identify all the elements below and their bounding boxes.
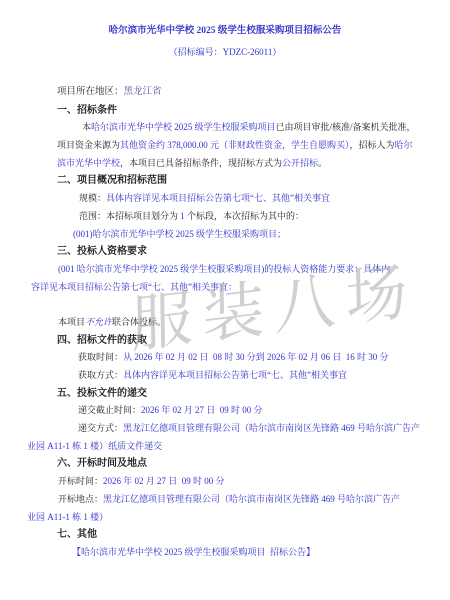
- section-heading: 二、项目概况和招标范围: [0, 172, 450, 190]
- text-segment: 个标段，本次招标为其中的：: [185, 211, 304, 221]
- text-segment: 黑龙江省: [124, 87, 162, 97]
- text-segment: 业园 A11-1 栋 1 楼）纸质文件递交: [27, 441, 162, 451]
- text-segment: 规模：: [79, 193, 106, 203]
- doc-line: 容详见本项目招标公告第七项“七、其他”相关事宜：: [0, 279, 450, 297]
- text-segment: 2026 年 02 月 27 日 09 时 00 分: [103, 476, 225, 486]
- text-segment: 联合体投标。: [112, 317, 166, 327]
- text-segment: 六、开标时间及地点: [57, 458, 147, 469]
- doc-line: 范围：本招标项目划分为 1 个标段，本次招标为其中的：: [0, 208, 450, 226]
- text-segment: (001 哈尔滨市光华中学校 2025 级学生校服采购项目)的投标人资格能力要求…: [58, 264, 390, 274]
- text-segment: 黑龙江亿德项目管理有限公司（哈尔滨市南岗区先锋路 469 号哈尔滨广告产: [103, 494, 400, 504]
- text-segment: ，本项目已具备招标条件，现招标方式为: [120, 158, 282, 168]
- text-segment: 二、项目概况和招标范围: [57, 175, 167, 186]
- text-segment: 递交截止时间：: [78, 405, 141, 415]
- document-page: 哈尔滨市光华中学校 2025 级学生校服采购项目招标公告 （招标编号：YDZC-…: [0, 0, 450, 600]
- text-segment: 项目所在地区：: [57, 87, 124, 97]
- doc-line: 【哈尔滨市光华中学校 2025 级学生校服采购项目 招标公告】: [0, 544, 450, 562]
- text-segment: 其他资金约 378,000.00 元（非财政性资金，学生自愿购买）: [120, 140, 350, 150]
- doc-line: 本哈尔滨市光华中学校 2025 级学生校服采购项目已由项目审批/核准/备案机关批…: [0, 119, 450, 137]
- doc-line: 获取时间：从 2026 年 02 月 02 日 08 时 30 分到 2026 …: [0, 349, 450, 367]
- text-segment: 容详见本项目招标公告第七项“七、其他”相关事宜：: [31, 282, 237, 292]
- document-body: 项目所在地区：黑龙江省一、招标条件本哈尔滨市光华中学校 2025 级学生校服采购…: [0, 84, 450, 562]
- text-segment: 获取方式：: [78, 370, 123, 380]
- text-segment: 开标地点：: [58, 494, 103, 504]
- text-segment: 开标时间：: [58, 476, 103, 486]
- text-segment: 【哈尔滨市光华中学校 2025 级学生校服采购项目 招标公告】: [72, 547, 315, 557]
- doc-line: (001 哈尔滨市光华中学校 2025 级学生校服采购项目)的投标人资格能力要求…: [0, 261, 450, 279]
- text-segment: 不允许: [85, 317, 112, 327]
- doc-line: (001)哈尔滨市光华中学校 2025 级学生校服采购项目；: [0, 226, 450, 244]
- text-segment: 黑龙江亿德项目管理有限公司（哈尔滨市南岗区先锋路 469 号哈尔滨广告产: [123, 423, 420, 433]
- text-segment: 哈尔滨市光华中学校 2025 级学生校服采购项目: [91, 122, 276, 132]
- text-segment: 具体内容详见本项目招标公告第七项“七、其他”相关事宜: [106, 193, 330, 203]
- text-segment: 具体内容详见本项目招标公告第七项“七、其他”相关事宜: [123, 370, 347, 380]
- doc-line: 获取方式：具体内容详见本项目招标公告第七项“七、其他”相关事宜: [0, 367, 450, 385]
- text-segment: 业园 A11-1 栋 1 楼）: [27, 512, 108, 522]
- section-heading: 一、招标条件: [0, 102, 450, 120]
- text-segment: 本项目: [58, 317, 85, 327]
- text-segment: 范围：本招标项目划分为: [79, 211, 180, 221]
- text-segment: 从 2026 年 02 月 02 日 08 时 30 分到 2026 年 02 …: [123, 352, 389, 362]
- doc-line: 开标时间：2026 年 02 月 27 日 09 时 00 分: [0, 473, 450, 491]
- text-segment: ，招标人为: [350, 140, 395, 150]
- text-segment: 三、投标人资格要求: [57, 246, 147, 257]
- text-segment: (001)哈尔滨市光华中学校 2025 级学生校服采购项目；: [73, 229, 286, 239]
- section-heading: 七、其他: [0, 526, 450, 544]
- page-title: 哈尔滨市光华中学校 2025 级学生校服采购项目招标公告: [0, 24, 450, 38]
- text-segment: 一、招标条件: [57, 105, 117, 116]
- text-segment: 2026 年 02 月 27 日 09 时 00 分: [141, 405, 263, 415]
- text-segment: 递交方式：: [78, 423, 123, 433]
- section-heading: 三、投标人资格要求: [0, 243, 450, 261]
- doc-line: [0, 296, 450, 314]
- tender-number: （招标编号：YDZC-26011）: [0, 46, 450, 59]
- text-segment: 滨市光华中学校: [57, 158, 120, 168]
- title-block: 哈尔滨市光华中学校 2025 级学生校服采购项目招标公告 （招标编号：YDZC-…: [0, 24, 450, 59]
- text-segment: 哈尔: [395, 140, 413, 150]
- text-segment: 本: [82, 122, 91, 132]
- text-segment: 已由项目审批/核准/备案机关批准，: [276, 122, 416, 132]
- doc-line: 本项目不允许联合体投标。: [0, 314, 450, 332]
- doc-line: 递交截止时间：2026 年 02 月 27 日 09 时 00 分: [0, 402, 450, 420]
- doc-line: 滨市光华中学校，本项目已具备招标条件，现招标方式为公开招标。: [0, 155, 450, 173]
- text-segment: 项目资金来源为: [57, 140, 120, 150]
- doc-line: 业园 A11-1 栋 1 楼）纸质文件递交: [0, 438, 450, 456]
- text-segment: 。: [318, 158, 327, 168]
- doc-line: 项目资金来源为其他资金约 378,000.00 元（非财政性资金，学生自愿购买）…: [0, 137, 450, 155]
- section-heading: 五、投标文件的递交: [0, 385, 450, 403]
- text-segment: 七、其他: [57, 529, 97, 540]
- text-segment: 五、投标文件的递交: [57, 388, 147, 399]
- text-segment: 四、招标文件的获取: [57, 335, 147, 346]
- doc-line: 规模：具体内容详见本项目招标公告第七项“七、其他”相关事宜: [0, 190, 450, 208]
- doc-line: 开标地点：黑龙江亿德项目管理有限公司（哈尔滨市南岗区先锋路 469 号哈尔滨广告…: [0, 491, 450, 509]
- section-heading: 四、招标文件的获取: [0, 332, 450, 350]
- doc-line: 项目所在地区：黑龙江省: [0, 84, 450, 102]
- text-segment: 公开招标: [282, 158, 318, 168]
- doc-line: 业园 A11-1 栋 1 楼）: [0, 509, 450, 527]
- doc-line: 递交方式：黑龙江亿德项目管理有限公司（哈尔滨市南岗区先锋路 469 号哈尔滨广告…: [0, 420, 450, 438]
- section-heading: 六、开标时间及地点: [0, 455, 450, 473]
- text-segment: 获取时间：: [78, 352, 123, 362]
